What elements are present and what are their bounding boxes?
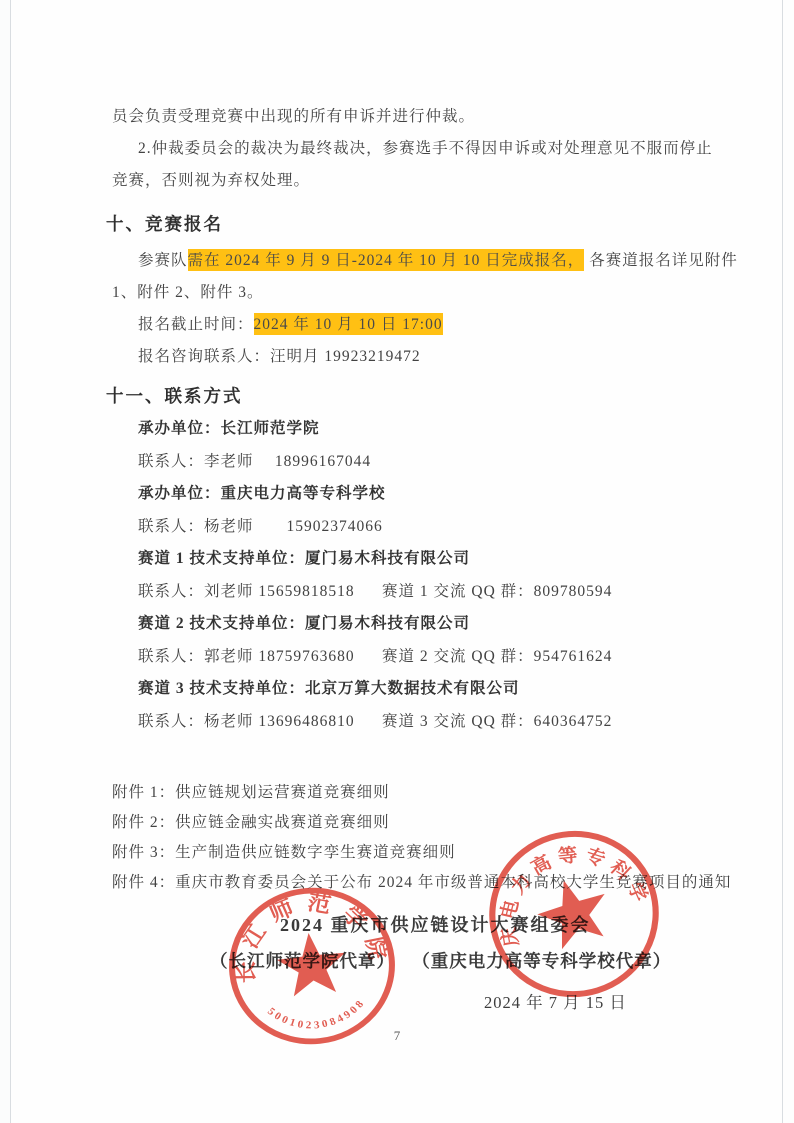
section-heading-registration: 十、竞赛报名 <box>106 211 690 237</box>
contact-person: 联系人：杨老师 13696486810 <box>138 706 382 739</box>
registration-period-prefix: 参赛队 <box>138 252 188 269</box>
contact-row: 赛道 3 技术支持单位：北京万算大数据技术有限公司 <box>112 673 690 706</box>
contact-row: 联系人：郭老师 18759763680赛道 2 交流 QQ 群：95476162… <box>112 641 690 674</box>
document-content: 员会负责受理竞赛中出现的所有申诉并进行仲裁。 2.仲裁委员会的裁决为最终裁决，参… <box>112 101 690 1018</box>
registration-consult-line: 报名咨询联系人：汪明月 19923219472 <box>112 341 690 373</box>
body-line: 1、附件 2、附件 3。 <box>112 277 690 309</box>
contact-person: 联系人：刘老师 15659818518 <box>138 576 382 609</box>
rep-right: （重庆电力高等专科学校代章） <box>421 951 671 971</box>
attachment-item: 附件 4：重庆市教育委员会关于公布 2024 年市级普通本科高校大学生竞赛项目的… <box>112 868 690 898</box>
body-line: 竞赛，否则视为弃权处理。 <box>112 165 690 197</box>
qq-group: 赛道 3 交流 QQ 群：640364752 <box>382 713 612 730</box>
page-edge-line-left <box>10 0 11 1123</box>
body-line: 2.仲裁委员会的裁决为最终裁决，参赛选手不得因申诉或对处理意见不服而停止 <box>112 133 690 165</box>
contact-row: 联系人：杨老师 15902374066 <box>112 511 690 544</box>
registration-period-suffix: 各赛道报名详见附件 <box>584 252 737 269</box>
contact-row: 承办单位：长江师范学院 <box>112 413 690 446</box>
qq-group: 赛道 2 交流 QQ 群：954761624 <box>382 648 612 665</box>
page-number: 7 <box>0 1028 794 1044</box>
attachment-item: 附件 2：供应链金融实战赛道竞赛细则 <box>112 808 690 838</box>
contact-row: 赛道 2 技术支持单位：厦门易木科技有限公司 <box>112 608 690 641</box>
page-edge-line-right <box>782 0 783 1123</box>
contact-row: 联系人：刘老师 15659818518赛道 1 交流 QQ 群：80978059… <box>112 576 690 609</box>
highlight-registration-period: 需在 2024 年 9 月 9 日-2024 年 10 月 10 日完成报名， <box>188 249 585 271</box>
deadline-label: 报名截止时间： <box>138 316 254 333</box>
registration-period-line: 参赛队需在 2024 年 9 月 9 日-2024 年 10 月 10 日完成报… <box>112 245 690 277</box>
contact-person: 联系人：郭老师 18759763680 <box>138 641 382 674</box>
document-page: 员会负责受理竞赛中出现的所有申诉并进行仲裁。 2.仲裁委员会的裁决为最终裁决，参… <box>0 0 794 1123</box>
highlight-deadline: 2024 年 10 月 10 日 17:00 <box>254 313 443 335</box>
committee-name: 2024 重庆市供应链设计大赛组委会 <box>112 910 690 940</box>
contact-row: 承办单位：重庆电力高等专科学校 <box>112 478 690 511</box>
attachments-list: 附件 1：供应链规划运营赛道竞赛细则 附件 2：供应链金融实战赛道竞赛细则 附件… <box>112 778 690 898</box>
section-heading-contacts: 十一、联系方式 <box>106 383 690 409</box>
registration-deadline-line: 报名截止时间：2024 年 10 月 10 日 17:00 <box>112 309 690 341</box>
rep-left: （长江师范学院代章） <box>210 951 395 971</box>
attachment-item: 附件 3：生产制造供应链数字孪生赛道竞赛细则 <box>112 838 690 868</box>
representative-line: （长江师范学院代章）（重庆电力高等专科学校代章） <box>112 946 690 976</box>
contact-row: 赛道 1 技术支持单位：厦门易木科技有限公司 <box>112 543 690 576</box>
contact-row: 联系人：李老师 18996167044 <box>112 446 690 479</box>
scan-margin-strip <box>0 0 10 1123</box>
attachment-item: 附件 1：供应链规划运营赛道竞赛细则 <box>112 778 690 808</box>
body-line: 员会负责受理竞赛中出现的所有申诉并进行仲裁。 <box>112 101 690 133</box>
signature-block: 2024 重庆市供应链设计大赛组委会 （长江师范学院代章）（重庆电力高等专科学校… <box>112 910 690 1018</box>
signature-date: 2024 年 7 月 15 日 <box>112 988 690 1018</box>
contact-row: 联系人：杨老师 13696486810赛道 3 交流 QQ 群：64036475… <box>112 706 690 739</box>
qq-group: 赛道 1 交流 QQ 群：809780594 <box>382 583 612 600</box>
